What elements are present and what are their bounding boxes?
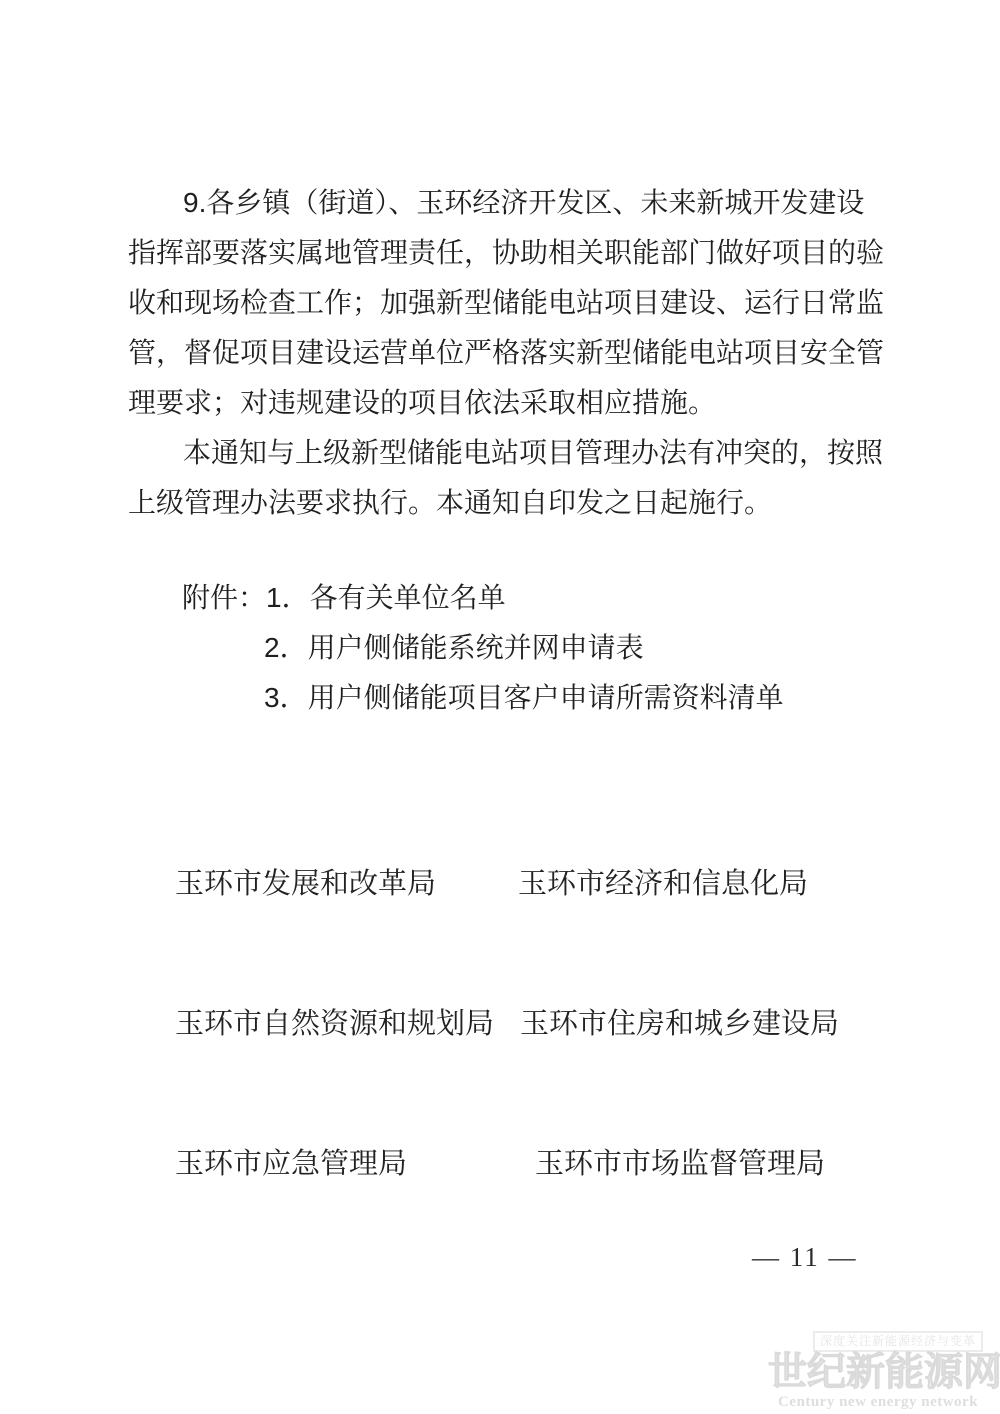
attachment-item-3: 3．用户侧储能项目客户申请所需资料清单	[264, 673, 784, 723]
watermark-tagline: 深度关注新能源经济与变革	[813, 1331, 983, 1352]
document-page: 9.各乡镇（街道）、玉环经济开发区、未来新城开发建设 指挥部要落实属地管理责任，…	[0, 0, 1000, 1414]
text-line: 指挥部要落实属地管理责任，协助相关职能部门做好项目的验	[128, 228, 888, 278]
text-line: 本通知与上级新型储能电站项目管理办法有冲突的，按照	[128, 428, 888, 478]
watermark-subtitle: Century new energy network	[778, 1394, 978, 1411]
signatory-housing-urban-rural-bureau: 玉环市住房和城乡建设局	[520, 1008, 839, 1040]
signatory-emergency-management-bureau: 玉环市应急管理局	[175, 1148, 407, 1180]
attachments-label: 附件：	[182, 582, 266, 613]
signatory-economy-information-bureau: 玉环市经济和信息化局	[518, 868, 808, 900]
page-number: — 11 —	[752, 1242, 858, 1273]
attachment-item: 附件：1．各有关单位名单	[182, 573, 784, 623]
attachments-list: 附件：1．各有关单位名单 2．用户侧储能系统并网申请表 3．用户侧储能项目客户申…	[182, 573, 784, 723]
text-line: 收和现场检查工作；加强新型储能电站项目建设、运行日常监	[128, 278, 888, 328]
signatory-development-reform-bureau: 玉环市发展和改革局	[175, 868, 436, 900]
text-line: 管，督促项目建设运营单位严格落实新型储能电站项目安全管	[128, 328, 888, 378]
text-line: 理要求；对违规建设的项目依法采取相应措施。	[128, 378, 888, 428]
attachment-item-2: 2．用户侧储能系统并网申请表	[264, 623, 784, 673]
text-line: 上级管理办法要求执行。本通知自印发之日起施行。	[128, 478, 888, 528]
watermark: 深度关注新能源经济与变革 世纪新能源网 Century new energy n…	[768, 1328, 1000, 1414]
paragraph-responsibilities: 9.各乡镇（街道）、玉环经济开发区、未来新城开发建设 指挥部要落实属地管理责任，…	[128, 178, 888, 428]
watermark-title: 世纪新能源网	[768, 1352, 1000, 1394]
signatory-natural-resources-planning-bureau: 玉环市自然资源和规划局	[175, 1008, 494, 1040]
attachment-item-1: 1．各有关单位名单	[266, 582, 506, 613]
text-line: 9.各乡镇（街道）、玉环经济开发区、未来新城开发建设	[128, 178, 888, 228]
paragraph-effective-date: 本通知与上级新型储能电站项目管理办法有冲突的，按照 上级管理办法要求执行。本通知…	[128, 428, 888, 528]
signatory-market-supervision-bureau: 玉环市市场监督管理局	[535, 1148, 825, 1180]
